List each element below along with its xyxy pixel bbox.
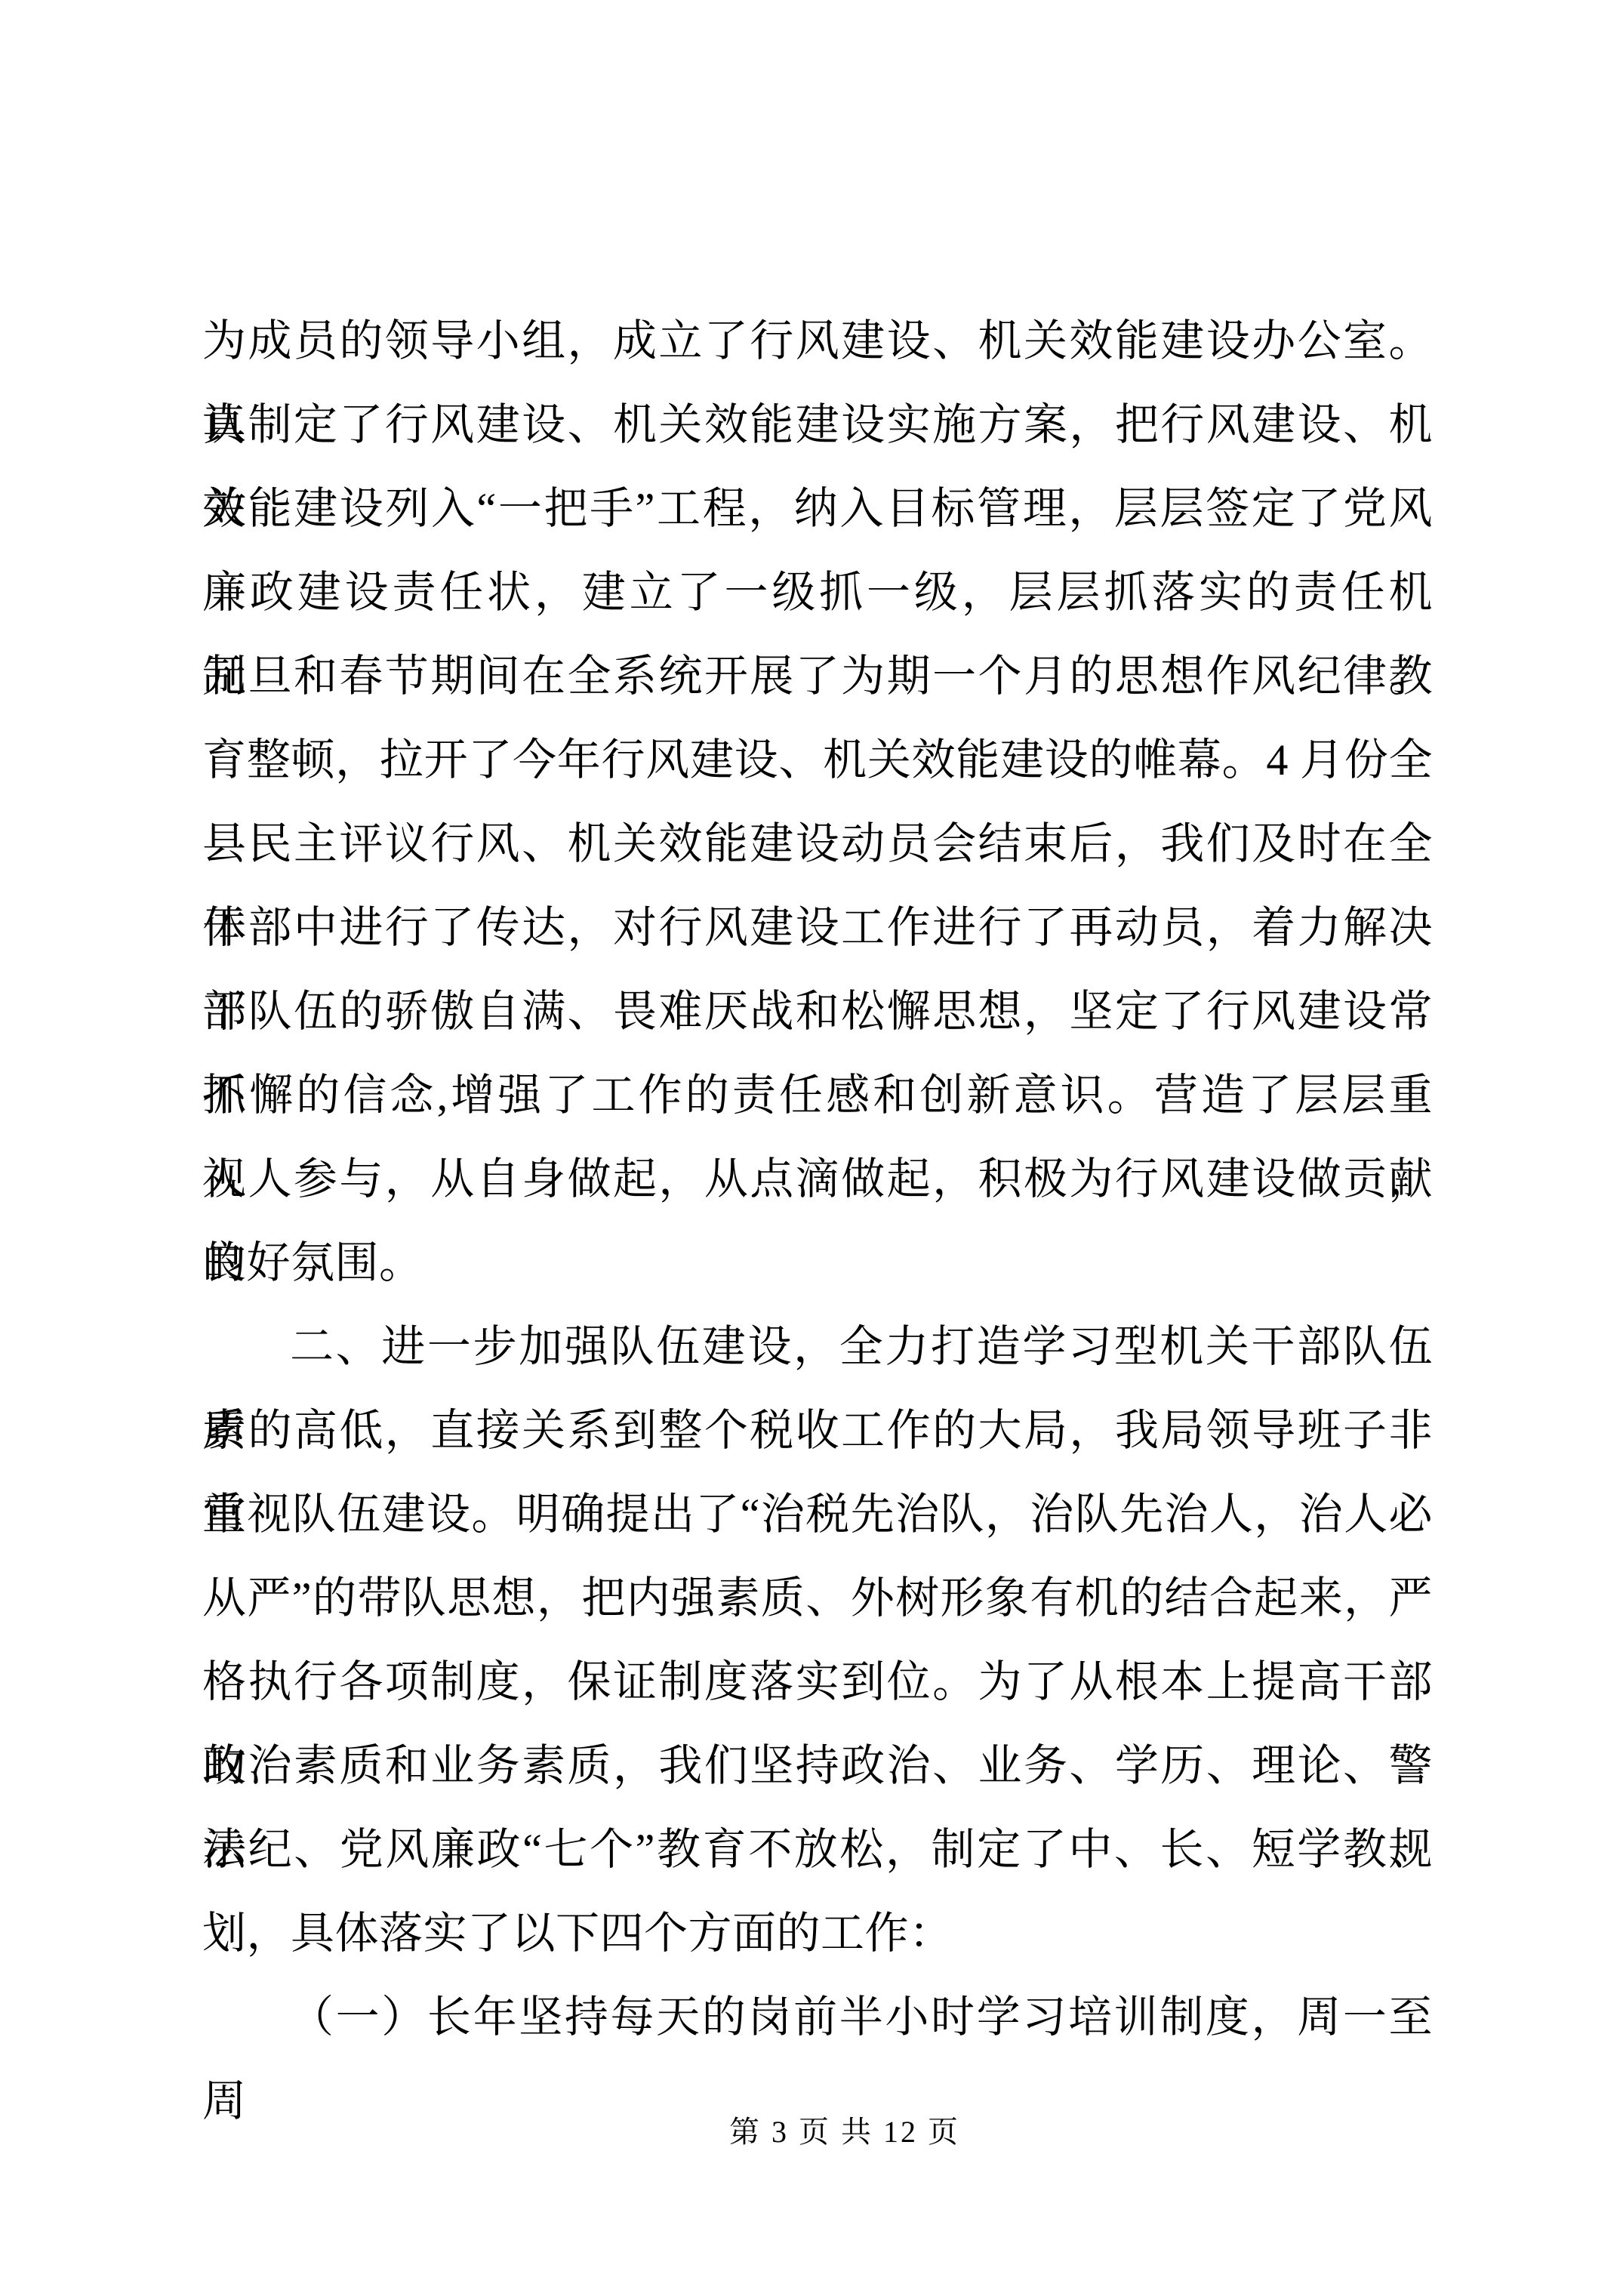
text-line: 不懈的信念,增强了工作的责任感和创新意识。营造了层层重视， xyxy=(202,1053,1433,1137)
text-line: （一）长年坚持每天的岗前半小时学习培训制度，周一至周 xyxy=(202,1975,1433,2059)
text-line: 元旦和春节期间在全系统开展了为期一个月的思想作风纪律教 xyxy=(202,634,1433,718)
text-line: 良好氛围。 xyxy=(202,1221,1433,1305)
text-line: 县民主评议行风、机关效能建设动员会结束后，我们及时在全体 xyxy=(202,802,1433,886)
text-line: 人人参与，从自身做起，从点滴做起，积极为行风建设做贡献的 xyxy=(202,1137,1433,1221)
text-line: 重视队伍建设。明确提出了“治税先治队，治队先治人，治人必 xyxy=(202,1472,1433,1556)
text-line: 二、进一步加强队伍建设，全力打造学习型机关干部队伍素 xyxy=(202,1305,1433,1388)
text-line: 部队伍的骄傲自满、畏难厌战和松懈思想，坚定了行风建设常抓 xyxy=(202,969,1433,1053)
text-line: 干部中进行了传达，对行风建设工作进行了再动员，着力解决干 xyxy=(202,886,1433,969)
text-line: 为成员的领导小组，成立了行风建设、机关效能建设办公室。认 xyxy=(202,299,1433,383)
text-line: 格执行各项制度，保证制度落实到位。为了从根本上提高干部的 xyxy=(202,1640,1433,1724)
text-line: 从严”的带队思想，把内强素质、外树形象有机的结合起来，严 xyxy=(202,1556,1433,1640)
text-line: 育整顿，拉开了今年行风建设、机关效能建设的帷幕。4 月份全 xyxy=(202,718,1433,802)
text-line: 真制定了行风建设、机关效能建设实施方案，把行风建设、机关 xyxy=(202,383,1433,467)
text-line: 划，具体落实了以下四个方面的工作： xyxy=(202,1891,1433,1975)
text-line: 廉政建设责任状，建立了一级抓一级，层层抓落实的责任机制。 xyxy=(202,550,1433,634)
text-line: 质的高低，直接关系到整个税收工作的大局，我局领导班子非常 xyxy=(202,1388,1433,1472)
text-line: 法纪、党风廉政“七个”教育不放松，制定了中、长、短学教规 xyxy=(202,1808,1433,1891)
text-line: 效能建设列入“一把手”工程，纳入目标管理，层层签定了党风 xyxy=(202,467,1433,550)
document-page: 为成员的领导小组，成立了行风建设、机关效能建设办公室。认真制定了行风建设、机关效… xyxy=(0,0,1623,2296)
document-body: 为成员的领导小组，成立了行风建设、机关效能建设办公室。认真制定了行风建设、机关效… xyxy=(202,299,1433,2059)
page-footer: 第 3 页 共 12 页 xyxy=(0,2114,1623,2150)
text-line: 政治素质和业务素质，我们坚持政治、业务、学历、理论、警示、 xyxy=(202,1724,1433,1808)
